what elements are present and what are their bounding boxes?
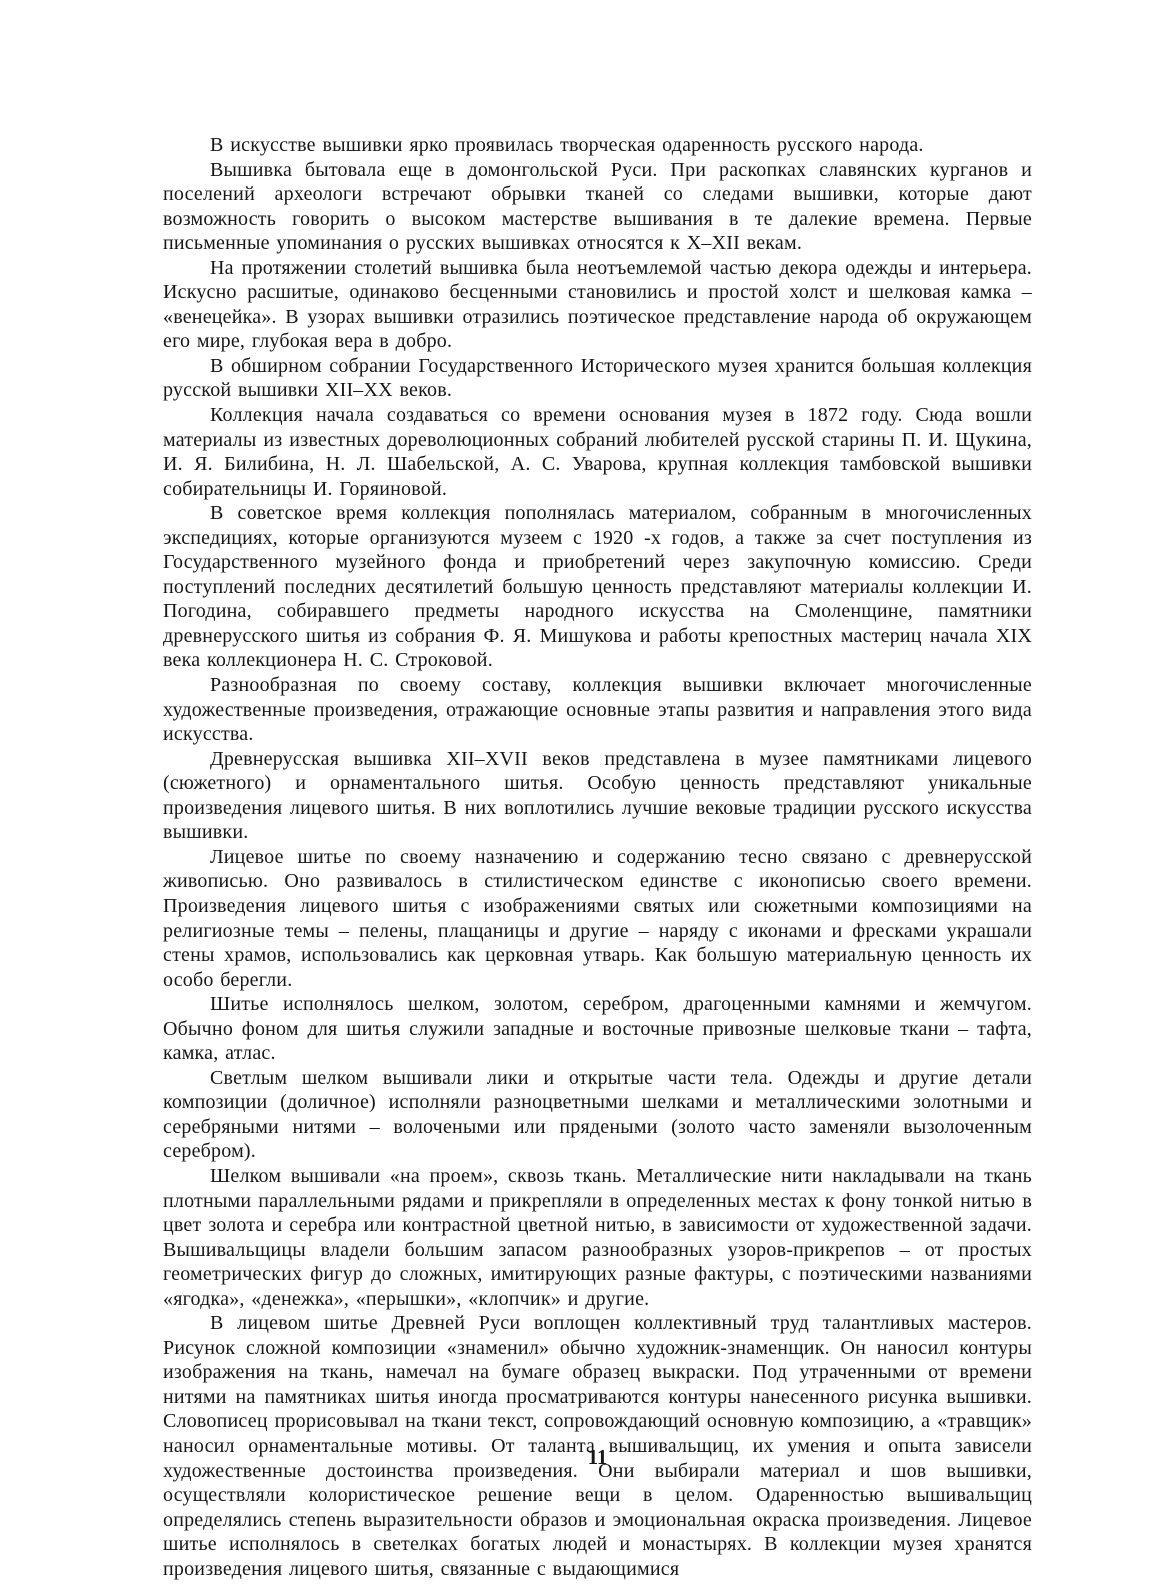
paragraph: На протяжении столетий вышивка была неот… bbox=[163, 256, 1032, 354]
text-block: В искусстве вышивки ярко проявилась твор… bbox=[163, 133, 1032, 1581]
paragraph: В советское время коллекция пополнялась … bbox=[163, 501, 1032, 673]
paragraph: Лицевое шитье по своему назначению и сод… bbox=[163, 845, 1032, 992]
paragraph: Вышивка бытовала еще в домонгольской Рус… bbox=[163, 158, 1032, 256]
paragraph: Коллекция начала создаваться со времени … bbox=[163, 403, 1032, 501]
scanned-book-page: В искусстве вышивки ярко проявилась твор… bbox=[0, 0, 1163, 1588]
paragraph: Древнерусская вышивка XII–XVII веков пре… bbox=[163, 747, 1032, 845]
paragraph: В обширном собрании Государственного Ист… bbox=[163, 354, 1032, 403]
paragraph: Шелком вышивали «на проем», сквозь ткань… bbox=[163, 1164, 1032, 1311]
page-number: 11 bbox=[163, 1445, 1032, 1470]
paragraph: Шитье исполнялось шелком, золотом, сереб… bbox=[163, 992, 1032, 1066]
paragraph: Светлым шелком вышивали лики и открытые … bbox=[163, 1066, 1032, 1164]
paragraph: Разнообразная по своему составу, коллекц… bbox=[163, 673, 1032, 747]
paragraph: В искусстве вышивки ярко проявилась твор… bbox=[163, 133, 1032, 158]
